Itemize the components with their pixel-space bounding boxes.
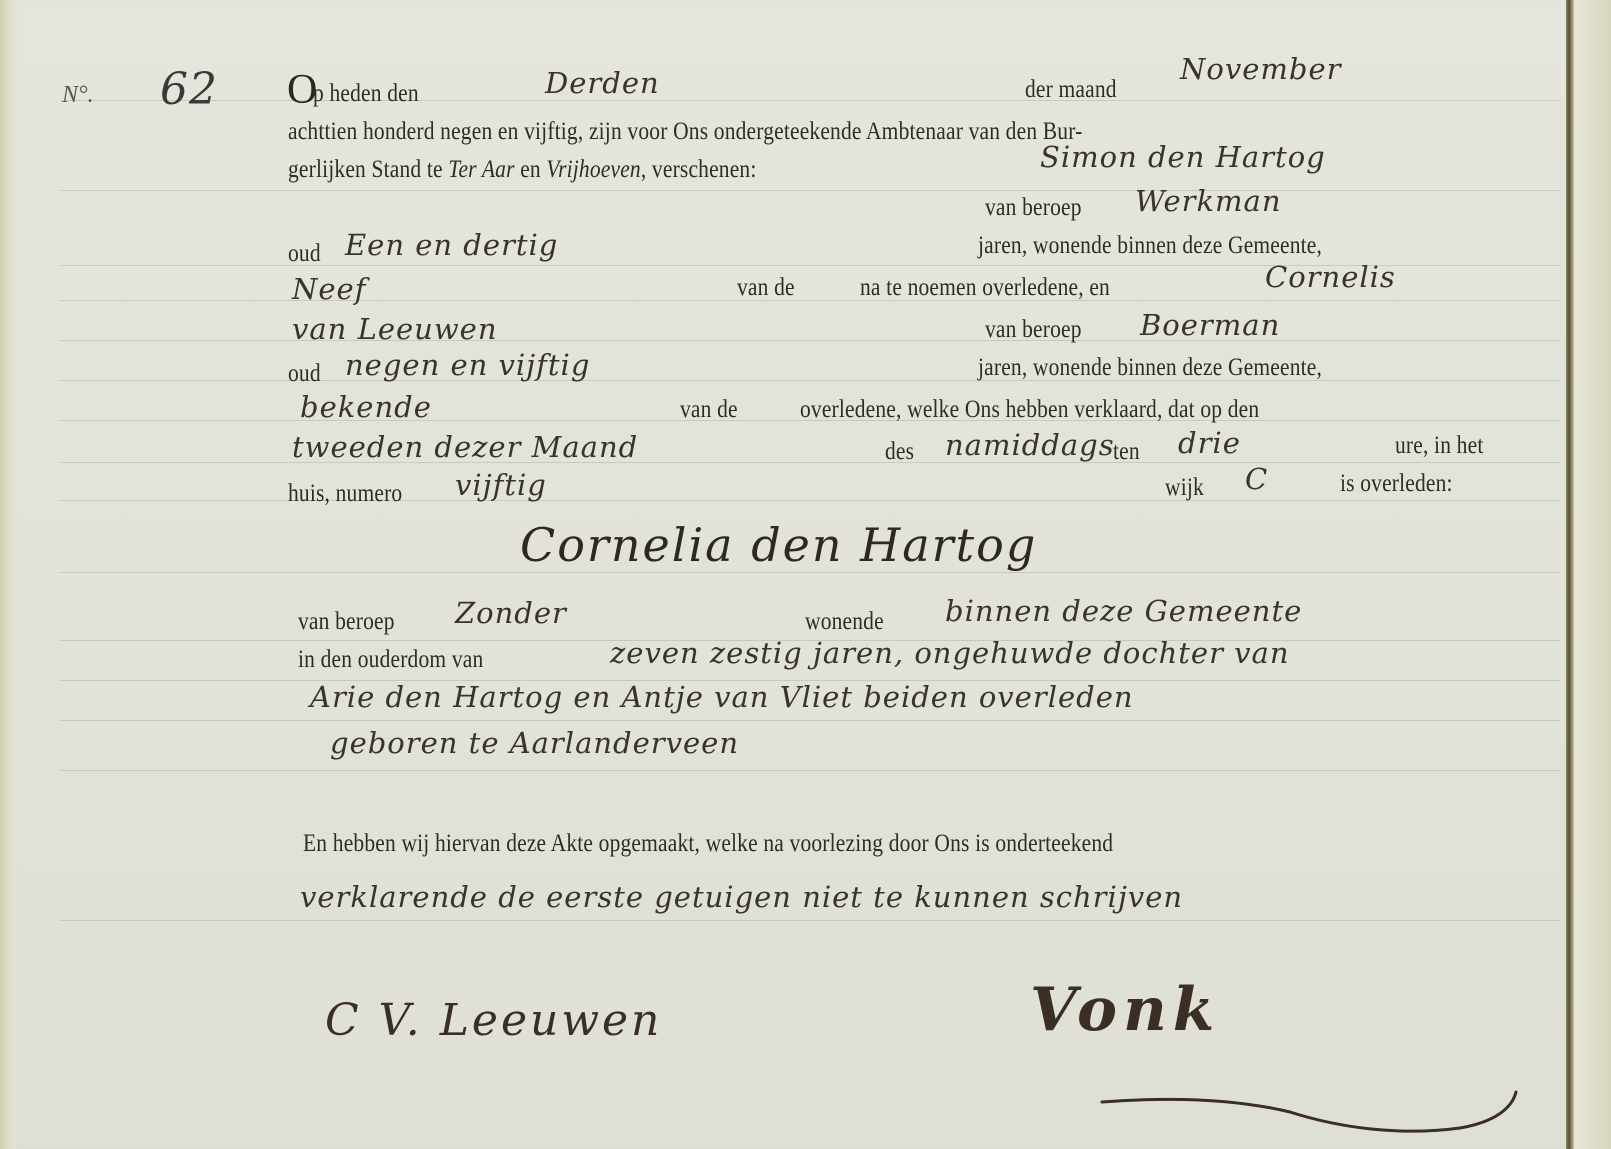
house-number-label: huis, numero	[288, 480, 402, 508]
deceased-occupation: Zonder	[455, 596, 567, 630]
deceased-name: Cornelia den Hartog	[520, 518, 1037, 572]
deceased-residence: binnen deze Gemeente	[945, 594, 1302, 628]
ruled-line	[60, 380, 1560, 381]
line10-right: ure, in het	[1395, 432, 1483, 460]
deceased-occupation-label: van beroep	[298, 608, 395, 636]
line3-text: gerlijken Stand te Ter Aar en Vrijhoeven…	[288, 156, 757, 184]
closing-statement: En hebben wij hiervan deze Akte opgemaak…	[303, 830, 1113, 858]
witness1-name: Simon den Hartog	[1040, 140, 1326, 174]
witness2-first-name: Cornelis	[1265, 260, 1396, 294]
signature-flourish	[1100, 1090, 1520, 1140]
deceased-parents: Arie den Hartog en Antje van Vliet beide…	[310, 680, 1134, 714]
place-vrijhoeven: Vrijhoeven	[546, 156, 640, 183]
month-entry: November	[1180, 52, 1341, 86]
witness-signature: C V. Leeuwen	[325, 995, 662, 1046]
wijk-label: wijk	[1165, 474, 1204, 502]
ruled-line	[60, 300, 1560, 301]
line6-right: na te noemen overledene, en	[860, 274, 1110, 302]
wijk-value: C	[1245, 462, 1268, 496]
line10-des: des	[885, 438, 914, 466]
witness1-occupation: Werkman	[1135, 184, 1282, 218]
house-number: vijftig	[455, 468, 547, 502]
witness2-last-name: van Leeuwen	[292, 312, 498, 346]
closing-note: verklarende de eerste getuigen niet te k…	[300, 880, 1183, 914]
deceased-age-and-status: zeven zestig jaren, ongehuwde dochter va…	[610, 636, 1290, 670]
deceased-residence-label: wonende	[805, 608, 884, 636]
ruled-line	[60, 770, 1560, 771]
line10-ten: ten	[1113, 438, 1140, 466]
death-hour: drie	[1178, 426, 1241, 460]
line1-prefix: p heden den	[313, 80, 419, 108]
ruled-line	[60, 920, 1560, 921]
witness1-relation: Neef	[292, 272, 366, 306]
next-page-strip	[1574, 0, 1611, 1149]
witness1-age: Een en dertig	[345, 228, 558, 262]
ruled-line	[60, 572, 1560, 573]
witness2-age-label: oud	[288, 360, 321, 388]
line5-right: jaren, wonende binnen deze Gemeente,	[978, 232, 1322, 260]
witness2-occupation-label: van beroep	[985, 316, 1082, 344]
witness2-occupation: Boerman	[1140, 308, 1280, 342]
line8-right: jaren, wonende binnen deze Gemeente,	[978, 354, 1322, 382]
official-signature: Vonk	[1030, 975, 1220, 1045]
number-label: N°.	[62, 82, 94, 109]
deceased-birthplace: geboren te Aarlanderveen	[330, 726, 739, 760]
binding-gutter	[0, 0, 16, 1149]
page-edge	[1566, 0, 1574, 1149]
ruled-line	[60, 340, 1560, 341]
ruled-line	[60, 500, 1560, 501]
line9-right: overledene, welke Ons hebben verklaard, …	[800, 396, 1259, 424]
day-entry: Derden	[545, 66, 660, 100]
ruled-line	[60, 100, 1560, 101]
death-date: tweeden dezer Maand	[292, 430, 638, 464]
witness2-relation: bekende	[300, 390, 432, 424]
witness1-occupation-label: van beroep	[985, 194, 1082, 222]
line9-mid: van de	[680, 396, 738, 424]
ruled-line	[60, 190, 1560, 191]
line11-right: is overleden:	[1340, 470, 1453, 498]
witness2-age: negen en vijftig	[345, 348, 590, 382]
ruled-line	[60, 720, 1560, 721]
deceased-age-label: in den ouderdom van	[298, 646, 483, 674]
line1-mid: der maand	[1025, 76, 1117, 104]
place-ter-aar: Ter Aar	[448, 156, 514, 183]
ruled-line	[60, 462, 1560, 463]
act-number: 62	[160, 64, 218, 115]
register-page: N°. 62 O p heden den Derden der maand No…	[0, 0, 1568, 1149]
time-of-day: namiddags	[945, 428, 1115, 462]
line6-mid: van de	[737, 274, 795, 302]
line2-text: achttien honderd negen en vijftig, zijn …	[288, 118, 1082, 146]
witness1-age-label: oud	[288, 240, 321, 268]
